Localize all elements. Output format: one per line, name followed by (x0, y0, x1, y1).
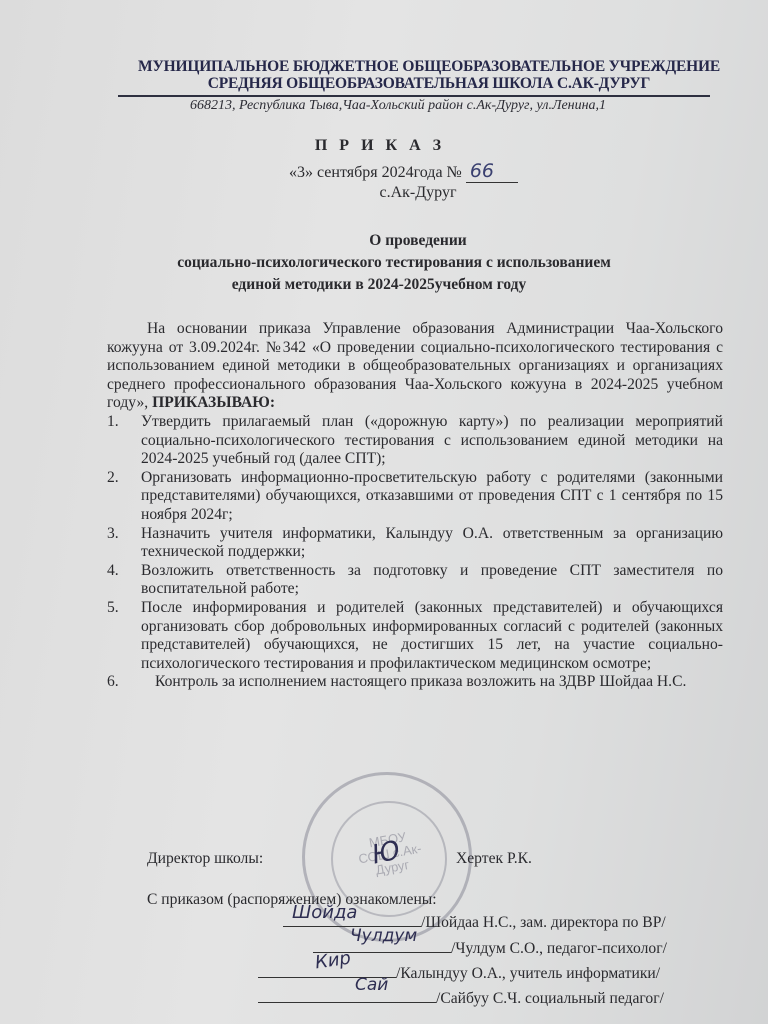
institution-address: 668213, Республика Тыва,Чаа-Хольский рай… (14, 98, 768, 114)
order-item: 4.Возложить ответственность за подготовк… (107, 562, 723, 599)
institution-name-line2: СРЕДНЯЯ ОБЩЕОБРАЗОВАТЕЛЬНАЯ ШКОЛА С.АК-Д… (45, 75, 768, 93)
acknowledgement-entry: /Сайбуу С.Ч. социальный педагог/ (258, 988, 664, 1008)
order-item: 3.Назначить учителя информатики, Калынду… (107, 525, 723, 562)
order-date: «3» сентября 2024года № (289, 164, 462, 181)
acknowledgement-text: /Шойдаа Н.С., зам. директора по ВР/ (421, 914, 666, 931)
acknowledgement-text: /Чулдум С.О., педагог-психолог/ (451, 940, 667, 957)
director-signature: Ю (369, 835, 403, 870)
order-date-line: «3» сентября 2024года № 66 (289, 160, 518, 183)
item-number: 2. (107, 469, 119, 488)
signature-chuldum: Чулдум (350, 926, 417, 946)
order-item: 1.Утвердить прилагаемый план («дорожную … (107, 413, 723, 469)
preamble: На основании приказа Управление образова… (107, 320, 723, 413)
signature-shoidaa: Шойда (292, 902, 357, 923)
order-number: 66 (466, 160, 518, 183)
order-item: 5.После информирования и родителей (зако… (107, 599, 723, 673)
item-text: Организовать информационно-просветительс… (141, 469, 723, 523)
subject-line2: социально-психологического тестирования … (10, 254, 768, 272)
order-items: 1.Утвердить прилагаемый план («дорожную … (107, 413, 723, 692)
item-number: 1. (107, 413, 119, 432)
signature-line (258, 988, 436, 1003)
document-page: МУНИЦИПАЛЬНОЕ БЮДЖЕТНОЕ ОБЩЕОБРАЗОВАТЕЛЬ… (0, 0, 768, 1024)
subject-line1: О проведении (34, 232, 768, 250)
director-name: Хертек Р.К. (456, 850, 532, 868)
item-number: 5. (107, 599, 119, 618)
order-item: 2.Организовать информационно-просветител… (107, 469, 723, 525)
item-number: 6. (107, 673, 119, 692)
signature-saibuu: Сай (355, 975, 388, 995)
item-text: Контроль за исполнением настоящего прика… (155, 673, 686, 690)
command-word: ПРИКАЗЫВАЮ: (152, 394, 275, 411)
acknowledgement-text: /Сайбуу С.Ч. социальный педагог/ (436, 990, 664, 1007)
item-text: Утвердить прилагаемый план («дорожную ка… (141, 413, 723, 467)
director-role: Директор школы: (147, 850, 263, 868)
order-item: 6.Контроль за исполнением настоящего при… (107, 673, 723, 692)
institution-name-line1: МУНИЦИПАЛЬНОЕ БЮДЖЕТНОЕ ОБЩЕОБРАЗОВАТЕЛЬ… (45, 58, 768, 76)
item-number: 4. (107, 562, 119, 581)
order-place: с.Ак-Дуруг (34, 184, 768, 202)
item-number: 3. (107, 525, 119, 544)
order-body: На основании приказа Управление образова… (107, 320, 723, 692)
item-text: Возложить ответственность за подготовку … (141, 562, 723, 598)
order-title: П Р И К А З (0, 137, 764, 155)
item-text: Назначить учителя информатики, Калындуу … (141, 525, 723, 561)
header-divider (118, 95, 710, 97)
item-text: После информирования и родителей (законн… (141, 599, 723, 672)
acknowledgement-text: /Калындуу О.А., учитель информатики/ (396, 965, 660, 982)
subject-line3: единой методики в 2024-2025учебном году (0, 276, 763, 294)
